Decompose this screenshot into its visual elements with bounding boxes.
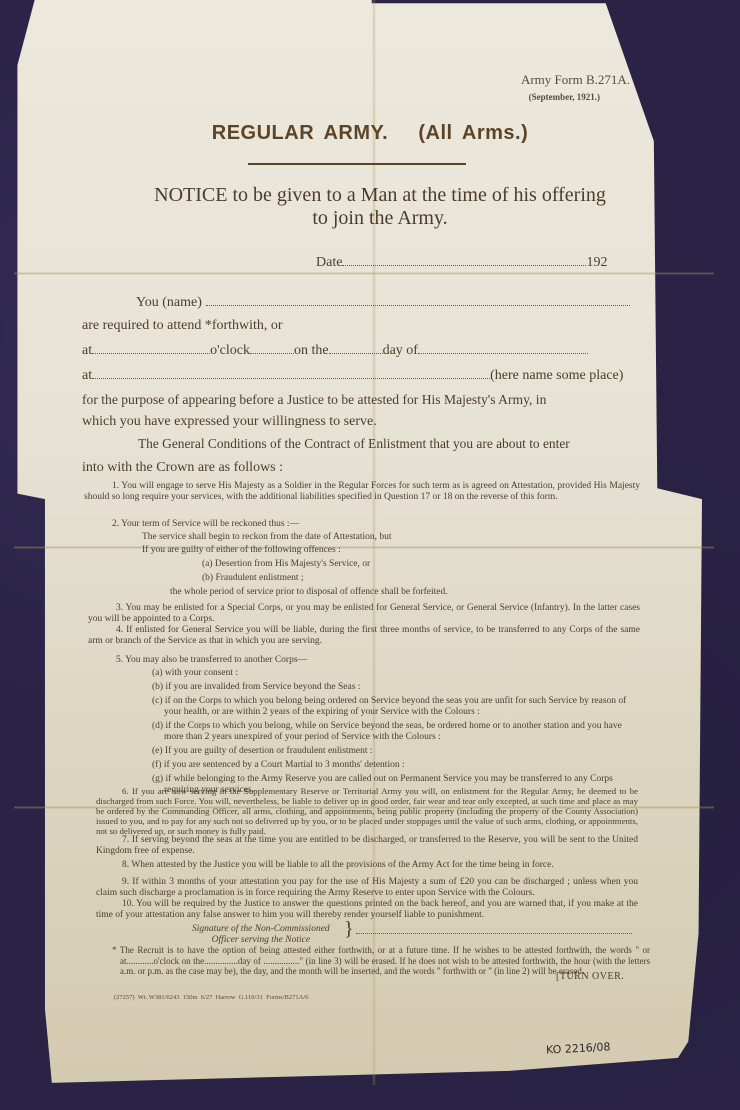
notice-line-1: NOTICE to be given to a Man at the time … (70, 184, 690, 207)
conditions-intro: The General Conditions of the Contract o… (82, 433, 642, 479)
conditions-intro-line-2: into with the Crown are as follows : (82, 457, 642, 479)
place-at-label: at (82, 368, 92, 383)
conditions-intro-line-1: The General Conditions of the Contract o… (82, 433, 642, 455)
day-of-label: day of (383, 343, 418, 358)
document-title: REGULAR ARMY. (All Arms.) (0, 122, 740, 145)
name-label: You (name) (136, 295, 202, 310)
condition-5-item: (b) if you are invalided from Service be… (152, 682, 638, 693)
condition-7: 7. If serving beyond the seas at the tim… (96, 835, 638, 857)
brace-glyph: } (344, 918, 354, 941)
condition-5-item: (d) if the Corps to which you belong, wh… (152, 721, 638, 743)
fold-crease (14, 272, 714, 275)
date-label: Date (316, 255, 342, 270)
on-the-label: on the (294, 343, 329, 358)
condition-5-list: (a) with your consent : (b) if you are i… (152, 668, 638, 796)
at-label: at (82, 343, 92, 358)
condition-2-line-1: The service shall begin to reckon from t… (142, 532, 392, 543)
condition-2-a: (a) Desertion from His Majesty's Service… (202, 559, 370, 570)
purpose-line-2: which you have expressed your willingnes… (82, 411, 642, 433)
place-hint: (here name some place) (490, 368, 623, 383)
purpose-text: for the purpose of appearing before a Ju… (82, 389, 642, 433)
condition-5-item: (e) If you are guilty of desertion or fr… (152, 746, 638, 757)
name-field-row: You (name) (136, 295, 630, 311)
condition-4: 4. If enlisted for General Service you w… (88, 625, 640, 647)
time-field-row: ato'clockon theday of (82, 343, 588, 359)
turn-over-label: [TURN OVER. (556, 971, 624, 982)
form-number: Army Form B.271A. (521, 72, 630, 88)
attend-line: are required to attend *forthwith, or (82, 318, 283, 334)
signature-label: Signature of the Non-Commissioned Office… (192, 924, 330, 946)
notice-line-2: to join the Army. (70, 207, 690, 230)
condition-5-item: (a) with your consent : (152, 668, 638, 679)
condition-2-b: (b) Fraudulent enlistment ; (202, 573, 304, 584)
day-field[interactable] (329, 353, 383, 354)
purpose-line-1: for the purpose of appearing before a Ju… (82, 389, 642, 411)
condition-5-heading: 5. You may also be transferred to anothe… (116, 655, 307, 666)
form-date: (September, 1921.) (529, 92, 600, 102)
signature-label-line-1: Signature of the Non-Commissioned (192, 924, 330, 935)
date-field-row: Date192 (316, 255, 616, 271)
condition-5-item: (f) if you are sentenced by a Court Mart… (152, 760, 638, 771)
place-field[interactable] (92, 378, 490, 379)
title-rule (248, 163, 466, 165)
condition-10: 10. You will be required by the Justice … (96, 899, 638, 921)
notice-heading: NOTICE to be given to a Man at the time … (70, 184, 690, 230)
condition-2-tail: the whole period of service prior to dis… (170, 587, 448, 598)
date-field[interactable] (342, 265, 586, 266)
condition-9: 9. If within 3 months of your attestatio… (96, 877, 638, 899)
date-year-suffix: 192 (586, 255, 607, 270)
fold-crease (14, 546, 714, 549)
hour-field[interactable] (92, 353, 210, 354)
signature-field[interactable] (356, 933, 632, 934)
condition-1: 1. You will engage to serve His Majesty … (84, 481, 640, 503)
oclock-field[interactable] (250, 353, 294, 354)
condition-8: 8. When attested by the Justice you will… (96, 860, 638, 871)
name-field[interactable] (206, 305, 630, 306)
condition-2-heading: 2. Your term of Service will be reckoned… (112, 519, 299, 530)
condition-6: 6. If you are now serving in the Supplem… (96, 786, 638, 836)
condition-2-line-2: If you are guilty of either of the follo… (142, 545, 341, 556)
printer-code: (27257) Wt. W381/0243 150m 6/27 Harrow G… (114, 994, 308, 1001)
place-field-row: at(here name some place) (82, 368, 623, 384)
condition-5-item: (c) if on the Corps to which you belong … (152, 696, 638, 718)
oclock-label: o'clock (210, 343, 250, 358)
condition-3: 3. You may be enlisted for a Special Cor… (88, 603, 640, 625)
month-field[interactable] (418, 353, 588, 354)
